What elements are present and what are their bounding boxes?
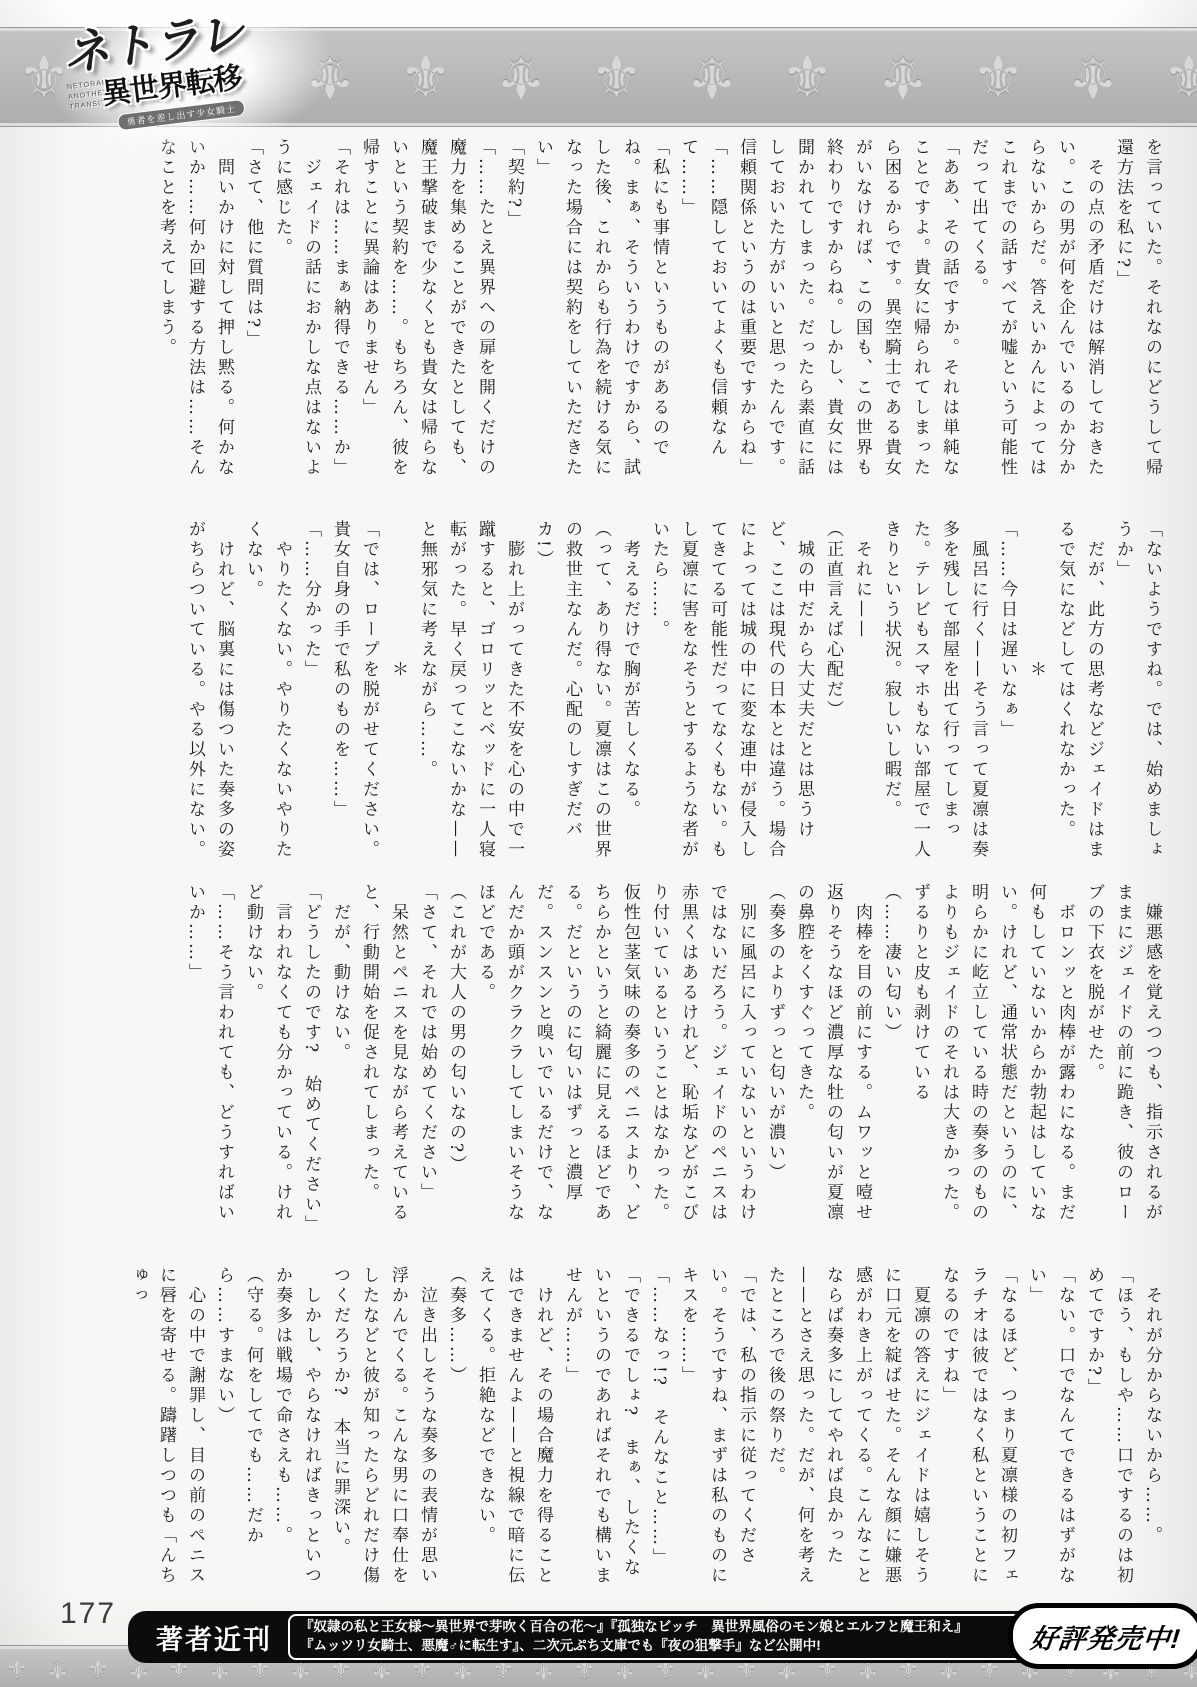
author-recent-works-bar: 著者近刊 『奴隷の私と王女様〜異世界で芽吹く百合の花〜』『孤独なビッチ 異世界風… [128, 1611, 1108, 1663]
fleur-ornament-icon: ⚜ [1163, 43, 1197, 111]
fleur-ornament-icon: ⚜ [47, 1656, 69, 1684]
fleur-ornament-icon: ⚜ [400, 43, 452, 111]
paragraph: 「それは……まぁ納得できる……か」 [325, 138, 354, 492]
paragraph: 問いかけに対して押し黙る。何かないか……何か回避する方法は……そんなことを考えて… [151, 138, 238, 492]
text-band-2: 「ないようですね。では、始めましょうか」 だが、此方の思考などジェイドはまるで気… [58, 520, 1166, 874]
paragraph: （これが大人の男の匂いなの?） [441, 883, 470, 1237]
paragraph: 「なるほど、つまり夏凛様の初フェラチオは彼ではなく私ということになるのですね」 [934, 1266, 1021, 1596]
on-sale-badge-text: 好評発売中! [1029, 1617, 1183, 1656]
paragraph: 嫌悪感を覚えつつも、指示されるがままにジェイドの前に跪き、彼のローブの下衣を脱が… [1079, 883, 1166, 1237]
paragraph: （奏多のよりずっと匂いが濃い） [760, 883, 789, 1237]
paragraph: 肉棒を目の前にする。ムワッと噎せ返りそうなほど濃厚な牡の匂いが夏凛の鼻腔をくすぐ… [789, 883, 876, 1237]
fleur-ornament-icon: ⚜ [877, 43, 929, 111]
text-band-1: を言っていた。それなのにどうして帰還方法を私に?」 その点の矛盾だけは解消してお… [58, 138, 1166, 492]
paragraph: 「……隠しておいてよくも信頼なんて……」 [673, 138, 731, 492]
fleur-ornament-icon: ⚜ [686, 43, 738, 111]
paragraph: （守る。何をしてでも……だから……すまない） [209, 1266, 267, 1596]
paragraph: ジェイドの話におかしな点はないように感じた。 [267, 138, 325, 492]
paragraph: ＊ [1021, 520, 1050, 874]
paragraph: 「……今日は遅いなぁ」 [992, 520, 1021, 874]
paragraph: 「……分かった」 [296, 520, 325, 874]
paragraph: ボロンッと肉棒が露わになる。まだ何もしていないからか勃起はしていない。けれど、通… [905, 883, 1079, 1237]
paragraph: 夏凛の答えにジェイドは嬉しそうに口元を綻ばせた。そんな顔に嫌悪感がわき上がってく… [760, 1266, 934, 1596]
paragraph: を言っていた。それなのにどうして帰還方法を私に?」 [1108, 138, 1166, 492]
paragraph: それに—— [847, 520, 876, 874]
author-recent-works-label: 著者近刊 [128, 1618, 288, 1657]
fleur-ornament-icon: ⚜ [495, 43, 547, 111]
paragraph: 「……なっ!? そんなこと……」 [644, 1266, 673, 1596]
paragraph: 「では、私の指示に従ってください。そうですね、まずは私のものにキスを……」 [673, 1266, 760, 1596]
novel-page: ⚜⚜⚜⚜⚜⚜⚜⚜⚜⚜⚜⚜⚜ Netorare Another World Tra… [0, 0, 1197, 1687]
fleur-ornament-icon: ⚜ [590, 43, 642, 111]
paragraph: けれど、脳裏には傷ついた奏多の姿がちらついている。やる以外にない。 [180, 520, 238, 874]
paragraph: 「私にも事情というものがあるのでね。まぁ、そういうわけですから、試した後、これか… [528, 138, 673, 492]
fleur-ornament-icon: ⚜ [87, 1656, 109, 1684]
paragraph: 泣き出しそうな奏多の表情が思い浮かんでくる。こんな男に口奉仕をしたなどと彼が知っ… [325, 1266, 441, 1596]
paragraph: 心の中で謝罪し、目の前のペニスに唇を寄せる。躊躇しつつも「んちゅっ [122, 1266, 209, 1596]
paragraph: その点の矛盾だけは解消しておきたい。この男が何を企んでいるのか分からないからだ。… [963, 138, 1108, 492]
paragraph: ＊ [383, 520, 412, 874]
paragraph: 「……たとえ異界への扉を開くだけの魔力を集めることができたとしても、魔王撃破まで… [354, 138, 499, 492]
paragraph: （正直言えば心配だ） [818, 520, 847, 874]
author-recent-works-titles: 『奴隷の私と王女様〜異世界で芽吹く百合の花〜』『孤独なビッチ 異世界風俗のモン娘… [288, 1614, 1098, 1660]
paragraph: 「ない。口でなんてできるはずがない」 [1021, 1266, 1079, 1596]
paragraph: けれど、その場合魔力を得ることはできませんよ——と視線で暗に伝えてくる。拒絶など… [470, 1266, 557, 1596]
paragraph: 「ないようですね。では、始めましょうか」 [1108, 520, 1166, 874]
paragraph: 「契約?」 [499, 138, 528, 492]
paragraph: 「どうしたのです? 始めてください」 [296, 883, 325, 1237]
on-sale-badge: 好評発売中! [1008, 1603, 1197, 1669]
page-number: 177 [60, 1597, 116, 1631]
recent-works-line-1: 『奴隷の私と王女様〜異世界で芽吹く百合の花〜』『孤独なビッチ 異世界風俗のモン娘… [300, 1618, 1086, 1637]
paragraph: 言われなくても分かっている。けれど動けない。 [238, 883, 296, 1237]
paragraph: 考えるだけで胸が苦しくなる。 [615, 520, 644, 874]
text-band-3: 嫌悪感を覚えつつも、指示されるがままにジェイドの前に跪き、彼のローブの下衣を脱が… [58, 883, 1166, 1237]
paragraph: 風呂に行く——そう言って夏凛は奏多を残して部屋を出て行ってしまった。テレビもスマ… [876, 520, 992, 874]
paragraph: 「ああ、その話ですか。それは単純なことですよ。貴女に帰られてしまったら困るからで… [731, 138, 963, 492]
paragraph: （……凄い匂い） [876, 883, 905, 1237]
paragraph: 「……そう言われても、どうすればいいか……」 [180, 883, 238, 1237]
fleur-ornament-icon: ⚜ [781, 43, 833, 111]
paragraph: 別に風呂に入っていないというわけではないだろう。ジェイドのペニスは赤黒くはあるけ… [470, 883, 760, 1237]
paragraph: （って、あり得ない。夏凛はこの世界の救世主なんだ。心配のしすぎだバカ!） [528, 520, 615, 874]
paragraph: だが、動けない。 [325, 883, 354, 1237]
paragraph: だが、此方の思考などジェイドはまるで気になどしてはくれなかった。 [1050, 520, 1108, 874]
paragraph: 呆然とペニスを見ながら考えていると、行動開始を促されてしまった。 [354, 883, 412, 1237]
paragraph: （奏多……） [441, 1266, 470, 1596]
paragraph: 膨れ上がってきた不安を心の中で一蹴すると、ゴロリッとベッドに一人寝転がった。早く… [412, 520, 528, 874]
paragraph: しかし、やらなければきっといつか奏多は戦場で命さえも……。 [267, 1266, 325, 1596]
paragraph: 「さて、それでは始めてください」 [412, 883, 441, 1237]
paragraph: それが分からないから……。 [1137, 1266, 1166, 1596]
recent-works-line-2: 『ムッツリ女騎士、悪魔♂に転生す』、二次元ぷち文庫でも『夜の狙撃手』など公開中! [300, 1637, 1086, 1656]
paragraph: 「ほう、もしや……口でするのは初めてですか?」 [1079, 1266, 1137, 1596]
fleur-ornament-icon: ⚜ [972, 43, 1024, 111]
paragraph: やりたくない。やりたくないやりたくない。 [238, 520, 296, 874]
paragraph: 「さて、他に質問は?」 [238, 138, 267, 492]
paragraph: 「できるでしょ? まぁ、したくないというのであればそれでも構いませんが……」 [557, 1266, 644, 1596]
fleur-ornament-icon: ⚜ [6, 1656, 28, 1684]
paragraph: 「では、ロープを脱がせてください。貴女自身の手で私のものを……」 [325, 520, 383, 874]
paragraph: 城の中だから大丈夫だとは思うけど、ここは現代の日本とは違う。場合によっては城の中… [644, 520, 818, 874]
series-logo: Netorare Another World Transition ネトラレ 異… [59, 0, 324, 155]
text-band-4: それが分からないから……。「ほう、もしや……口でするのは初めてですか?」「ない。… [58, 1266, 1166, 1596]
fleur-ornament-icon: ⚜ [1067, 43, 1119, 111]
